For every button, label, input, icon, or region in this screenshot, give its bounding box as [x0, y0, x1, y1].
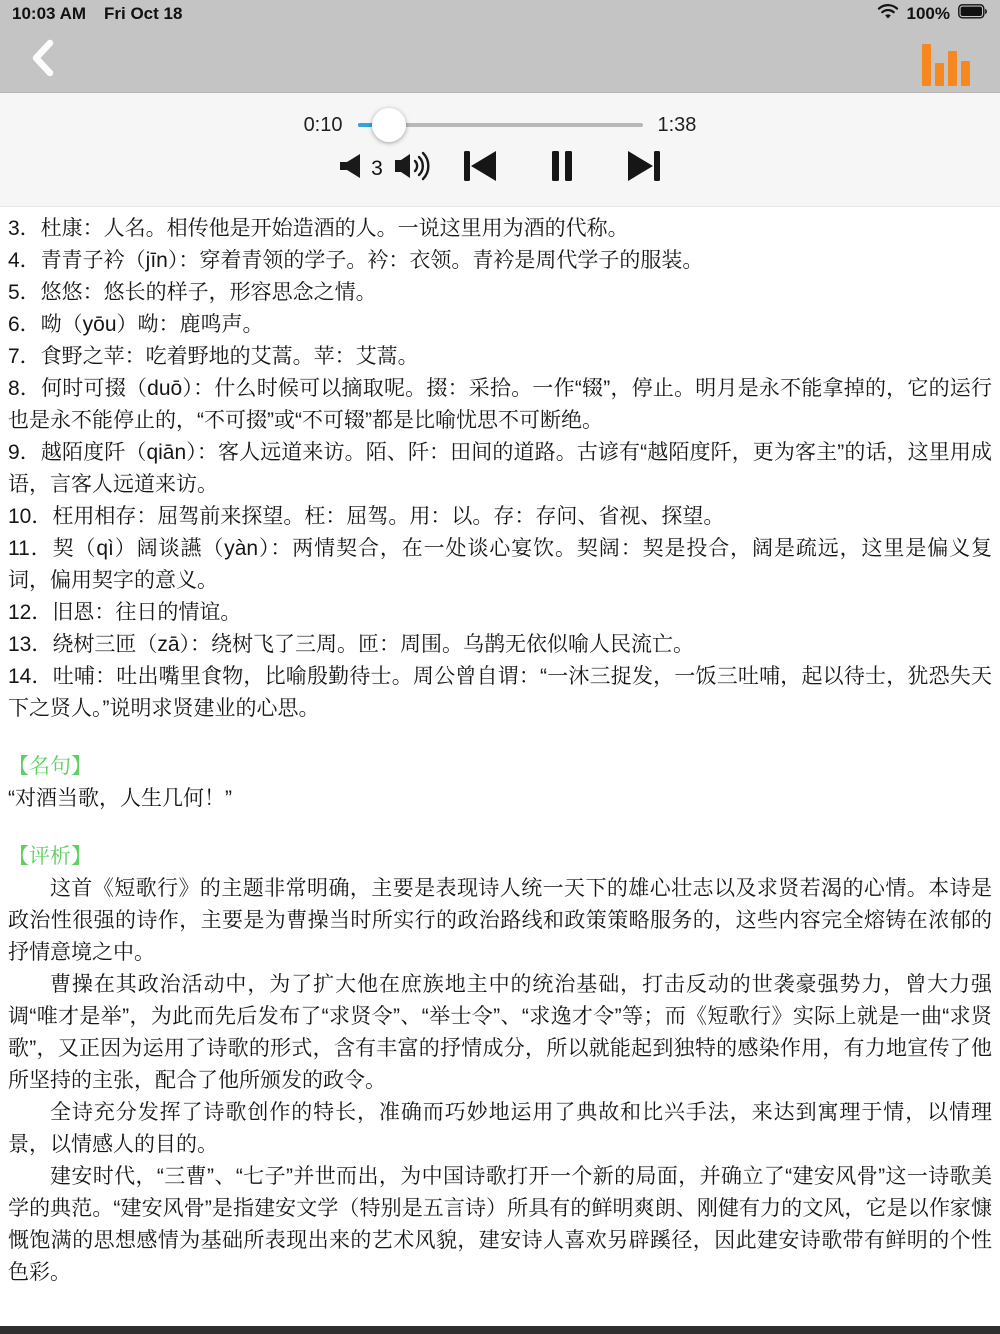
chevron-left-icon: [30, 39, 56, 82]
slider-thumb[interactable]: [372, 108, 406, 142]
nav-bar: [0, 28, 1000, 93]
pause-icon: [549, 150, 575, 187]
battery-icon: [958, 4, 988, 24]
battery-percent: 100%: [907, 4, 950, 24]
audio-player: 0:10 1:38 3: [0, 93, 1000, 207]
transport-controls: 3: [339, 149, 661, 188]
progress-slider[interactable]: [358, 109, 643, 141]
status-date: Fri Oct 18: [104, 4, 182, 24]
volume-level: 3: [371, 157, 383, 181]
content-block-note: 9．越陌度阡（qiān）：客人远道来访。陌、阡：田间的道路。古谚有“越陌度阡，更…: [8, 437, 992, 501]
stats-button[interactable]: [922, 34, 970, 86]
content-block-quote: “对酒当歌，人生几何！”: [8, 783, 992, 815]
speaker-waves-icon: [391, 149, 437, 188]
content-block-note: 8．何时可掇（duō）：什么时候可以摘取呢。掇：采拾。一作“辍”，停止。明月是永…: [8, 373, 992, 437]
elapsed-time: 0:10: [297, 114, 343, 137]
pause-button[interactable]: [549, 150, 575, 187]
content-block-note: 10．枉用相存：屈驾前来探望。枉：屈驾。用：以。存：存问、省视、探望。: [8, 501, 992, 533]
content-block-heading: 【评析】: [8, 841, 992, 873]
content-block-note: 4．青青子衿（jīn）：穿着青领的学子。衿：衣领。青衿是周代学子的服装。: [8, 245, 992, 277]
content-block-note: 14．吐哺：吐出嘴里食物，比喻殷勤待士。周公曾自谓：“一沐三捉发，一饭三吐哺，起…: [8, 661, 992, 725]
next-track-icon: [627, 150, 661, 187]
content-block-note: 11．契（qì）阔谈讌（yàn）：两情契合，在一处谈心宴饮。契阔：契是投合，阔是…: [8, 533, 992, 597]
screen: 10:03 AM Fri Oct 18 100%: [0, 0, 1000, 1334]
content-block-note: 12．旧恩：往日的情谊。: [8, 597, 992, 629]
duration-time: 1:38: [658, 114, 704, 137]
content-block-para: 建安时代，“三曹”、“七子”并世而出，为中国诗歌打开一个新的局面，并确立了“建安…: [8, 1161, 992, 1289]
volume-up-button[interactable]: [391, 149, 437, 188]
next-track-button[interactable]: [627, 150, 661, 187]
status-time: 10:03 AM: [12, 4, 86, 24]
content-block-note: 5．悠悠：悠长的样子，形容思念之情。: [8, 277, 992, 309]
wifi-icon: [877, 4, 899, 25]
content-block-para: 曹操在其政治活动中，为了扩大他在庶族地主中的统治基础，打击反动的世袭豪强势力，曾…: [8, 969, 992, 1097]
content-block-heading: 【名句】: [8, 751, 992, 783]
previous-track-icon: [463, 150, 497, 187]
content-block-para: 全诗充分发挥了诗歌创作的特长，准确而巧妙地运用了典故和比兴手法，来达到寓理于情，…: [8, 1097, 992, 1161]
bottom-divider-bar: [0, 1326, 1000, 1334]
content-block-note: 13．绕树三匝（zā）：绕树飞了三周。匝：周围。乌鹊无依似喻人民流亡。: [8, 629, 992, 661]
bar-chart-icon: [922, 44, 970, 86]
back-button[interactable]: [30, 40, 60, 80]
content-block-note: 6．呦（yōu）呦：鹿鸣声。: [8, 309, 992, 341]
content-block-note: 7．食野之苹：吃着野地的艾蒿。苹：艾蒿。: [8, 341, 992, 373]
content-block-para: 这首《短歌行》的主题非常明确，主要是表现诗人统一天下的雄心壮志以及求贤若渴的心情…: [8, 873, 992, 969]
previous-track-button[interactable]: [463, 150, 497, 187]
volume-down-button[interactable]: [339, 153, 361, 184]
speaker-mute-icon: [339, 153, 361, 184]
annotation-content: 3．杜康：人名。相传他是开始造酒的人。一说这里用为酒的代称。4．青青子衿（jīn…: [0, 207, 1000, 1289]
status-bar: 10:03 AM Fri Oct 18 100%: [0, 0, 1000, 28]
content-block-note: 3．杜康：人名。相传他是开始造酒的人。一说这里用为酒的代称。: [8, 213, 992, 245]
